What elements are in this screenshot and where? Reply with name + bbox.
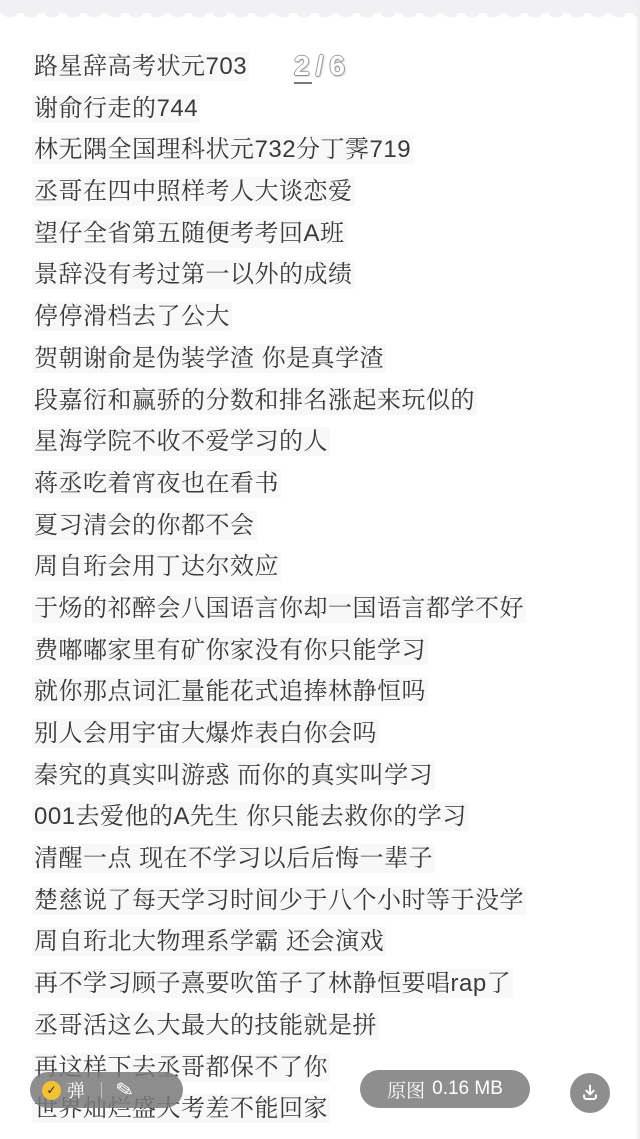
page-indicator-current: 2 (294, 50, 312, 84)
write-danmaku-pencil-icon[interactable]: ✎ (114, 1078, 135, 1102)
image-text-line: 林无隅全国理科状元732分丁霁719 (32, 129, 632, 171)
page-indicator: 2/6 (294, 50, 347, 82)
original-image-size: 0.16 MB (432, 1078, 503, 1100)
image-text-line: 望仔全省第五随便考考回A班 (32, 213, 632, 255)
image-text-line: 贺朝谢俞是伪装学渣 你是真学渣 (32, 338, 632, 380)
image-text-line: 秦究的真实叫游惑 而你的真实叫学习 (32, 755, 632, 797)
image-text-line: 再不学习顾子熹要吹笛子了林静恒要唱rap了 (32, 963, 632, 1005)
image-text-line: 周自珩北大物理系学霸 还会演戏 (32, 921, 632, 963)
image-text-line: 周自珩会用丁达尔效应 (32, 546, 632, 588)
page-indicator-total: 6 (329, 50, 347, 81)
image-text-line: 星海学院不收不爱学习的人 (32, 421, 632, 463)
original-image-button[interactable]: 原图 0.16 MB (360, 1070, 530, 1108)
image-text-line: 景辞没有考过第一以外的成绩 (32, 254, 632, 296)
image-text-line: 蒋丞吃着宵夜也在看书 (32, 463, 632, 505)
image-text-line: 就你那点词汇量能花式追捧林静恒吗 (32, 671, 632, 713)
pill-divider (101, 1082, 102, 1098)
torn-paper-edge (0, 0, 640, 13)
image-text-line: 停停滑档去了公大 (32, 296, 632, 338)
right-edge-shading (635, 0, 640, 1139)
image-text-line: 别人会用宇宙大爆炸表白你会吗 (32, 713, 632, 755)
page-indicator-separator: / (316, 50, 326, 81)
danmaku-check-icon[interactable]: ✓ (42, 1081, 61, 1100)
image-text-line: 001去爱他的A先生 你只能去救你的学习 (32, 796, 632, 838)
image-text-line: 丞哥活这么大最大的技能就是拼 (32, 1005, 632, 1047)
danmaku-toggle[interactable]: ✓ 弹 ✎ (30, 1072, 183, 1108)
image-text-line: 夏习清会的你都不会 (32, 505, 632, 547)
image-text-lines: 路星辞高考状元703谢俞行走的744林无隅全国理科状元732分丁霁719丞哥在四… (32, 46, 632, 1130)
original-image-label: 原图 (387, 1076, 425, 1103)
image-text-line: 清醒一点 现在不学习以后后悔一辈子 (32, 838, 632, 880)
image-text-line: 段嘉衍和赢骄的分数和排名涨起来玩似的 (32, 380, 632, 422)
download-icon (579, 1082, 601, 1104)
image-text-line: 楚慈说了每天学习时间少于八个小时等于没学 (32, 880, 632, 922)
image-text-line: 谢俞行走的744 (32, 88, 632, 130)
image-text-line: 丞哥在四中照样考人大谈恋爱 (32, 171, 632, 213)
download-button[interactable] (570, 1073, 610, 1113)
image-text-line: 于炀的祁醉会八国语言你却一国语言都学不好 (32, 588, 632, 630)
danmaku-label: 弹 (67, 1077, 85, 1103)
image-text-line: 费嘟嘟家里有矿你家没有你只能学习 (32, 630, 632, 672)
